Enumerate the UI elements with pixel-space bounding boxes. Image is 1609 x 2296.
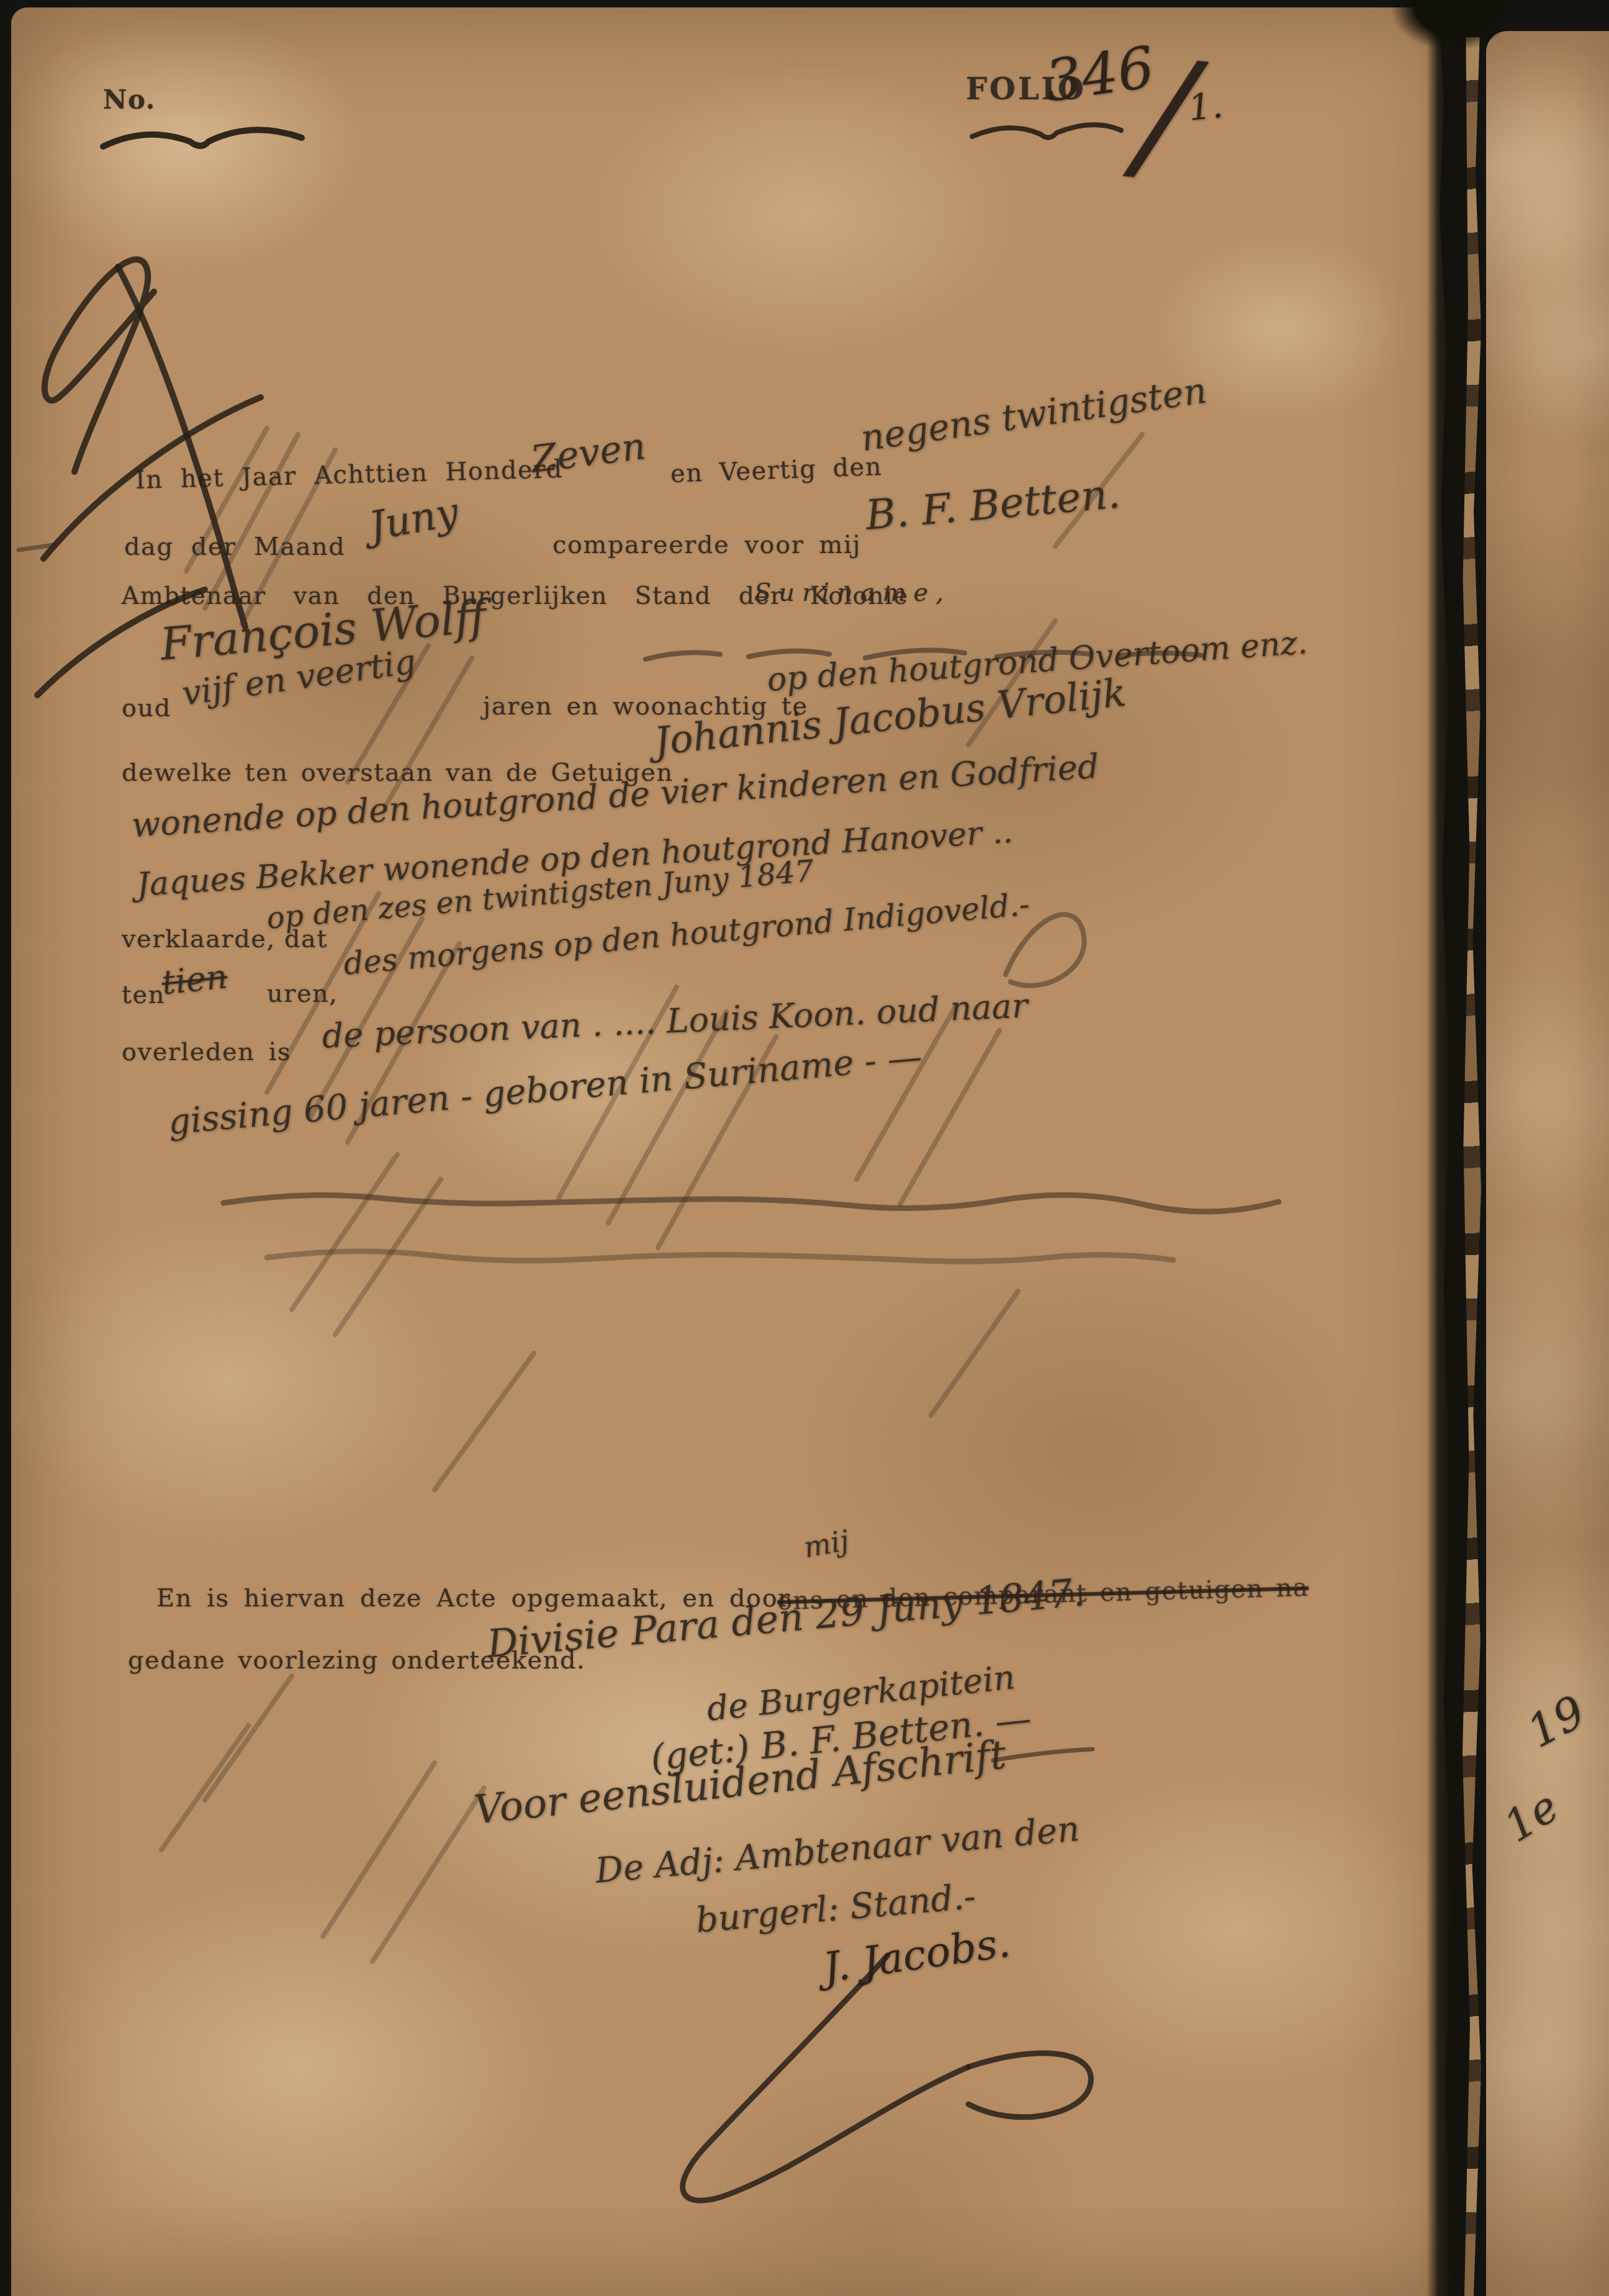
act-colony-name: Suriname,: [754, 579, 951, 607]
act-page: [11, 7, 1453, 2296]
act-line10-printed-b: uren,: [267, 979, 338, 1008]
gutter-shadow: [1390, 0, 1515, 74]
scanned-register-page: { "colors": { "background": "#131410", "…: [0, 0, 1609, 2296]
act-line2-printed-b: compareerde voor mij: [552, 531, 861, 559]
act-hour-handwritten: tien: [160, 957, 229, 1002]
act-line10-printed-a: ten: [122, 981, 165, 1009]
act-line2-printed-a: dag der Maand: [124, 533, 345, 561]
act-line11-printed: overleden is: [122, 1038, 291, 1066]
form-number-label: No.: [103, 84, 156, 115]
act-line5-printed-a: oud: [122, 694, 171, 723]
folio-suffix: 1.: [1186, 84, 1225, 129]
adjacent-page: [1486, 31, 1609, 2296]
